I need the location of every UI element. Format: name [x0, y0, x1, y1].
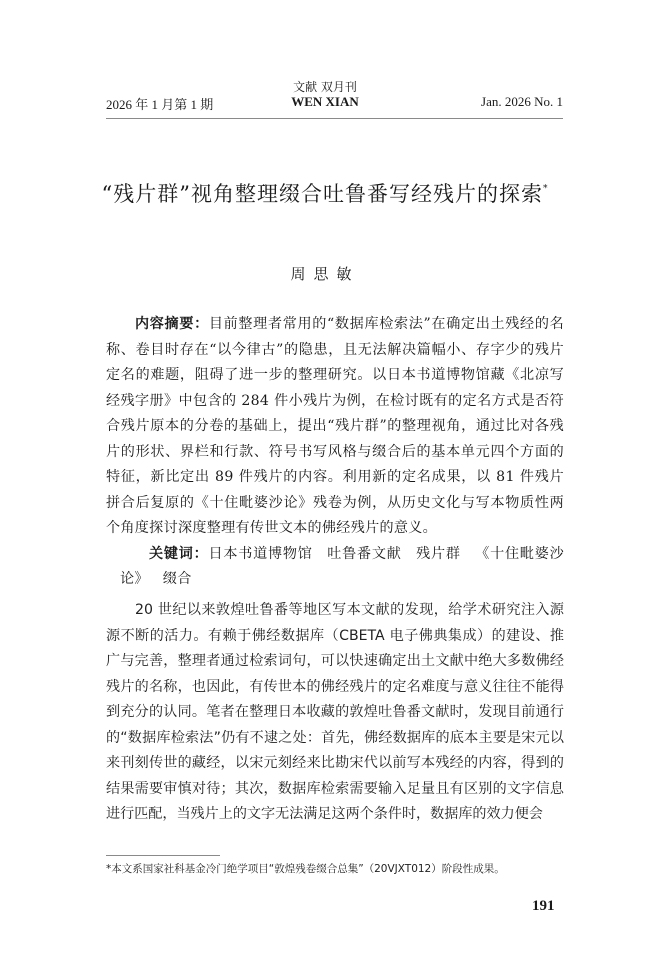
abstract-text: 目前整理者常用的“数据库检索法”在确定出土残经的名称、卷目时存在“以今律古”的隐… [106, 316, 564, 536]
author-name: 周思敏 [0, 263, 650, 284]
body-paragraph: 20 世纪以来敦煌吐鲁番等地区写本文献的发现，给学术研究注入源源不断的活力。有赖… [106, 598, 564, 828]
issue-date-en: Jan. 2026 No. 1 [481, 94, 563, 110]
keyword: 日本书道博物馆 [209, 546, 313, 562]
title-text: “残片群”视角整理缀合吐鲁番写经残片的探索 [102, 182, 543, 206]
article-title: “残片群”视角整理缀合吐鲁番写经残片的探索* [0, 178, 650, 208]
keyword: 吐鲁番文献 [327, 546, 402, 562]
abstract-section: 内容摘要：目前整理者常用的“数据库检索法”在确定出土残经的名称、卷目时存在“以今… [106, 312, 564, 593]
abstract-label: 内容摘要： [135, 316, 209, 332]
footnote-rule [106, 855, 220, 856]
abstract-paragraph: 内容摘要：目前整理者常用的“数据库检索法”在确定出土残经的名称、卷目时存在“以今… [106, 312, 564, 542]
keyword: 残片群 [416, 546, 461, 562]
keywords-label: 关键词： [149, 546, 209, 562]
page-number: 191 [532, 898, 555, 915]
footnote: *本文系国家社科基金冷门绝学项目“敦煌残卷缀合总集”（20VJXT012）阶段性… [106, 861, 505, 876]
header-rule [106, 118, 563, 119]
keyword: 缀合 [163, 571, 192, 587]
journal-name-cn: 文献 双月刊 [0, 78, 650, 95]
body-text: 20 世纪以来敦煌吐鲁番等地区写本文献的发现，给学术研究注入源源不断的活力。有赖… [106, 598, 564, 828]
keywords-paragraph: 关键词：日本书道博物馆吐鲁番文献残片群《十住毗婆沙论》缀合 [106, 542, 564, 593]
title-footnote-mark: * [543, 184, 549, 194]
